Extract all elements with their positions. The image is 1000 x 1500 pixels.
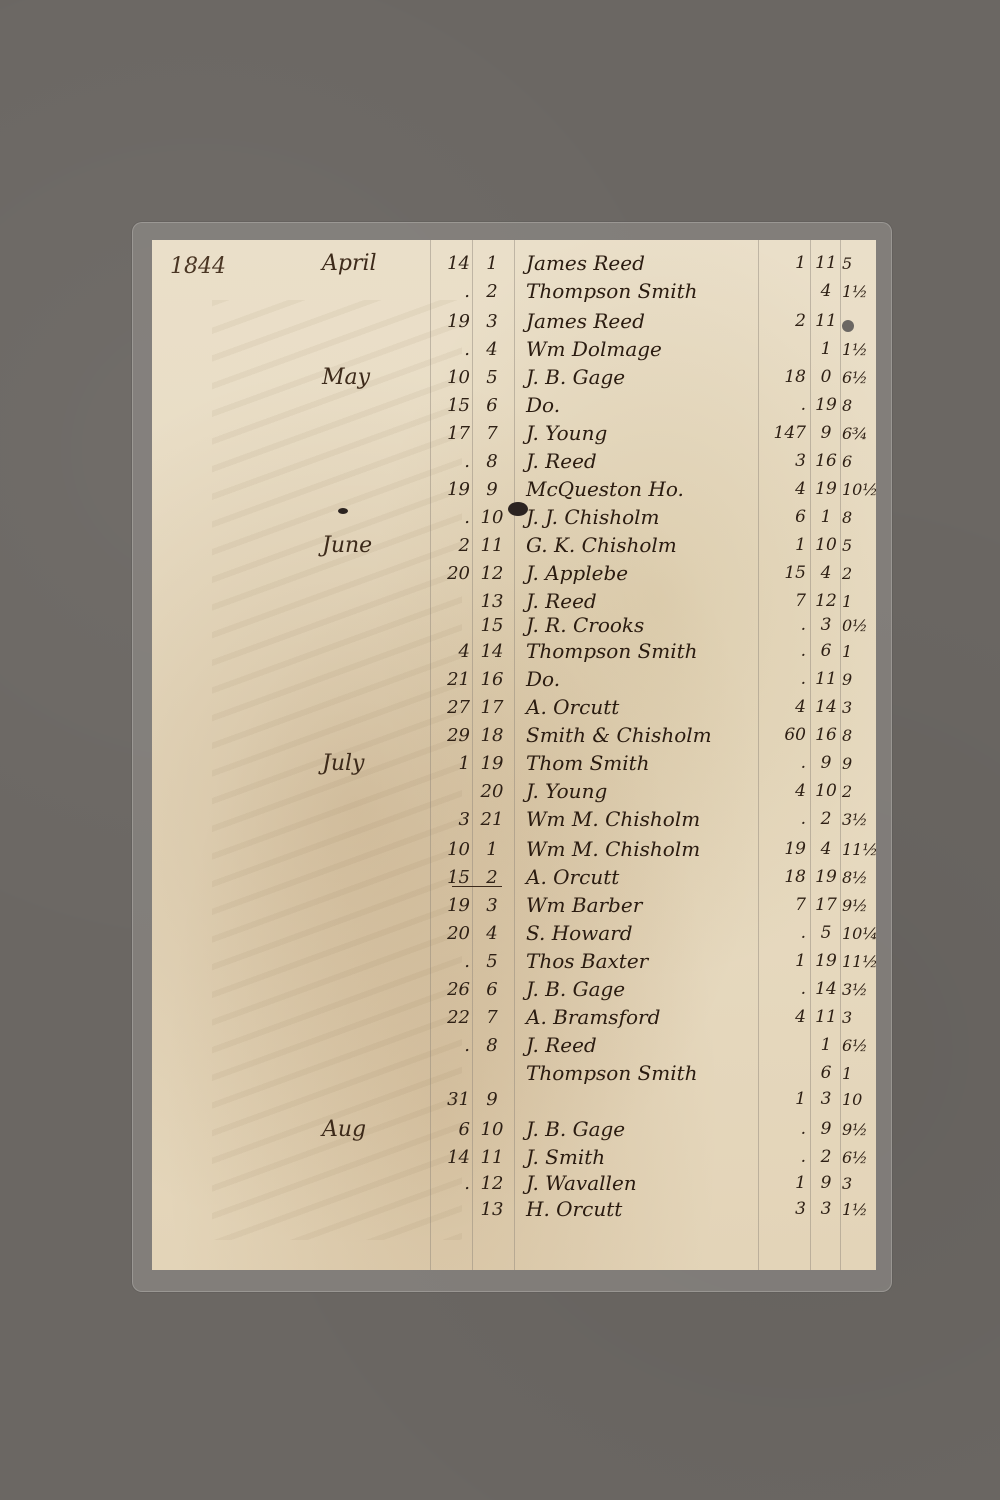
amount-pounds: 4 (760, 476, 806, 503)
account-name: Do. (526, 392, 560, 419)
amount-pounds: 1 (760, 948, 806, 975)
amount-shillings: 5 (812, 920, 840, 947)
amount-pounds: 18 (760, 864, 806, 891)
amount-pence: 3 (842, 1170, 874, 1197)
account-name: Thompson Smith (526, 638, 698, 665)
amount-pounds: . (760, 1116, 806, 1143)
entry-day: . (434, 1032, 470, 1059)
entry-day: 14 (434, 250, 470, 277)
amount-shillings: 4 (812, 836, 840, 863)
amount-pence: 11½ (842, 948, 874, 975)
entry-day: . (434, 504, 470, 531)
ledger-row: 156Do..198 (152, 392, 876, 419)
amount-pence: 3½ (842, 976, 874, 1003)
account-name: Wm Dolmage (526, 336, 662, 363)
amount-shillings: 4 (812, 560, 840, 587)
entry-day: 20 (434, 560, 470, 587)
amount-shillings: 1 (812, 504, 840, 531)
ledger-row: 227A. Bramsford4113 (152, 1004, 876, 1031)
entry-number: 4 (474, 920, 510, 947)
amount-pence: 1½ (842, 278, 874, 305)
account-name: Thompson Smith (526, 1060, 698, 1087)
amount-pounds: 3 (760, 1196, 806, 1223)
ledger-row: 13H. Orcutt331½ (152, 1196, 876, 1223)
amount-pounds: 18 (760, 364, 806, 391)
entry-day: 17 (434, 420, 470, 447)
account-name: Wm Barber (526, 892, 642, 919)
entry-number: 10 (474, 1116, 510, 1143)
account-name: Wm M. Chisholm (526, 806, 700, 833)
amount-pence: 6½ (842, 1032, 874, 1059)
ledger-row: 1411J. Smith.26½ (152, 1144, 876, 1171)
account-name: Smith & Chisholm (526, 722, 712, 749)
amount-shillings: 9 (812, 420, 840, 447)
amount-pounds: 60 (760, 722, 806, 749)
account-name: J. Smith (526, 1144, 605, 1171)
entry-number: 16 (474, 666, 510, 693)
entry-number: 18 (474, 722, 510, 749)
account-name: J. Reed (526, 1032, 597, 1059)
entry-number: 19 (474, 750, 510, 777)
entry-day: 3 (434, 806, 470, 833)
amount-pounds: 7 (760, 892, 806, 919)
entry-day: 31 (434, 1086, 470, 1113)
entry-day: 21 (434, 666, 470, 693)
entry-day: 19 (434, 308, 470, 335)
ledger-row: May105J. B. Gage1806½ (152, 364, 876, 391)
amount-pence: 6 (842, 448, 874, 475)
amount-pence: 8 (842, 722, 874, 749)
amount-pounds: . (760, 806, 806, 833)
account-name: J. Wavallen (526, 1170, 637, 1197)
entry-number: 13 (474, 588, 510, 615)
ledger-row: 101Wm M. Chisholm19411½ (152, 836, 876, 863)
amount-pence: 8½ (842, 864, 874, 891)
amount-pounds: . (760, 920, 806, 947)
entry-day: 29 (434, 722, 470, 749)
entry-number: 21 (474, 806, 510, 833)
ledger-row: 266J. B. Gage.143½ (152, 976, 876, 1003)
amount-shillings: 19 (812, 392, 840, 419)
amount-pence: 8 (842, 392, 874, 419)
account-name: Wm M. Chisholm (526, 836, 700, 863)
entry-number: 1 (474, 836, 510, 863)
entry-day: 19 (434, 892, 470, 919)
amount-shillings: 16 (812, 722, 840, 749)
account-name: J. B. Gage (526, 364, 625, 391)
entry-number: 11 (474, 532, 510, 559)
account-name: Thos Baxter (526, 948, 648, 975)
amount-shillings: 0 (812, 364, 840, 391)
amount-pounds: . (760, 612, 806, 639)
amount-pounds: . (760, 750, 806, 777)
entry-day: 20 (434, 920, 470, 947)
ledger-row: 193Wm Barber7179½ (152, 892, 876, 919)
amount-shillings: 19 (812, 476, 840, 503)
amount-shillings: 11 (812, 250, 840, 277)
amount-pence: 3 (842, 694, 874, 721)
amount-pence: 11½ (842, 836, 874, 863)
account-name: A. Bramsford (526, 1004, 660, 1031)
account-name: McQueston Ho. (526, 476, 684, 503)
entry-number: 8 (474, 1032, 510, 1059)
ledger-row: .4Wm Dolmage11½ (152, 336, 876, 363)
amount-pounds: . (760, 638, 806, 665)
entry-number: 3 (474, 892, 510, 919)
entry-day: 2 (434, 532, 470, 559)
entry-day: . (434, 278, 470, 305)
entry-number: 3 (474, 308, 510, 335)
account-name: James Reed (526, 308, 645, 335)
amount-pounds: 1 (760, 250, 806, 277)
amount-shillings: 6 (812, 1060, 840, 1087)
amount-pence: 9 (842, 666, 874, 693)
amount-shillings: 1 (812, 1032, 840, 1059)
entry-day: . (434, 1170, 470, 1197)
entry-number: 17 (474, 694, 510, 721)
entry-number: 2 (474, 278, 510, 305)
account-name: G. K. Chisholm (526, 532, 677, 559)
ledger-row: 193James Reed211 (152, 308, 876, 335)
amount-shillings: 3 (812, 612, 840, 639)
amount-pounds: 4 (760, 778, 806, 805)
ledger-row: 3191310 (152, 1086, 876, 1113)
amount-pounds: 7 (760, 588, 806, 615)
entry-day: 6 (434, 1116, 470, 1143)
ledger-row: 2012J. Applebe1542 (152, 560, 876, 587)
amount-pence: 9½ (842, 892, 874, 919)
ledger-row: 199McQueston Ho.41910½ (152, 476, 876, 503)
amount-pounds: 15 (760, 560, 806, 587)
ledger-row: 414Thompson Smith.61 (152, 638, 876, 665)
amount-shillings: 12 (812, 588, 840, 615)
amount-shillings: 1 (812, 336, 840, 363)
ledger-row: July119Thom Smith.99 (152, 750, 876, 777)
entry-number: 12 (474, 560, 510, 587)
entry-number: 9 (474, 1086, 510, 1113)
amount-pounds: 4 (760, 694, 806, 721)
amount-pounds: 2 (760, 308, 806, 335)
entry-day: 19 (434, 476, 470, 503)
account-name: Thompson Smith (526, 278, 698, 305)
ledger-row: .2Thompson Smith41½ (152, 278, 876, 305)
account-name: A. Orcutt (526, 694, 619, 721)
ledger-row: .10J. J. Chisholm618 (152, 504, 876, 531)
amount-shillings: 3 (812, 1086, 840, 1113)
amount-shillings: 10 (812, 532, 840, 559)
ledger-row: 177J. Young14796¾ (152, 420, 876, 447)
entry-number: 13 (474, 1196, 510, 1223)
entry-number: 6 (474, 976, 510, 1003)
ledger-row: 15J. R. Crooks.30½ (152, 612, 876, 639)
ledger-row: 204S. Howard.510¼ (152, 920, 876, 947)
account-name: Thom Smith (526, 750, 650, 777)
entry-day: . (434, 448, 470, 475)
amount-pounds: 3 (760, 448, 806, 475)
amount-pence: 9 (842, 750, 874, 777)
account-name: Do. (526, 666, 560, 693)
amount-pence: 5 (842, 250, 874, 277)
amount-pence: 9½ (842, 1116, 874, 1143)
amount-shillings: 4 (812, 278, 840, 305)
ledger-row: June211G. K. Chisholm1105 (152, 532, 876, 559)
account-name: H. Orcutt (526, 1196, 622, 1223)
amount-shillings: 2 (812, 1144, 840, 1171)
amount-pence: 5 (842, 532, 874, 559)
entry-number: 7 (474, 1004, 510, 1031)
entry-number: 10 (474, 504, 510, 531)
ledger-row: 2116Do..119 (152, 666, 876, 693)
ledger-row: .8J. Reed16½ (152, 1032, 876, 1059)
amount-pounds: 147 (760, 420, 806, 447)
amount-shillings: 11 (812, 1004, 840, 1031)
amount-pence: 2 (842, 560, 874, 587)
entry-day: 10 (434, 836, 470, 863)
ledger-month: July (322, 750, 364, 777)
account-name: J. B. Gage (526, 976, 625, 1003)
account-name: J. B. Gage (526, 1116, 625, 1143)
amount-pounds: 6 (760, 504, 806, 531)
amount-pence: 1 (842, 588, 874, 615)
account-name: J. Young (526, 420, 607, 447)
amount-pounds: 1 (760, 1170, 806, 1197)
amount-pence: 0½ (842, 612, 874, 639)
amount-pence: 8 (842, 504, 874, 531)
amount-shillings: 6 (812, 638, 840, 665)
entry-day: 14 (434, 1144, 470, 1171)
ledger-row: 13J. Reed7121 (152, 588, 876, 615)
entry-day: 26 (434, 976, 470, 1003)
account-name: S. Howard (526, 920, 633, 947)
entry-day: 10 (434, 364, 470, 391)
entry-day: 1 (434, 750, 470, 777)
ledger-row: .12J. Wavallen193 (152, 1170, 876, 1197)
entry-number: 6 (474, 392, 510, 419)
ledger-row: .5Thos Baxter11911½ (152, 948, 876, 975)
account-name: J. Young (526, 778, 607, 805)
amount-pence: 1 (842, 1060, 874, 1087)
amount-pounds: 1 (760, 532, 806, 559)
ledger-row: 2717A. Orcutt4143 (152, 694, 876, 721)
amount-pence: 1 (842, 638, 874, 665)
amount-pounds: 4 (760, 1004, 806, 1031)
entry-number: 15 (474, 612, 510, 639)
amount-shillings: 10 (812, 778, 840, 805)
amount-pounds: 1 (760, 1086, 806, 1113)
account-name: J. Applebe (526, 560, 628, 587)
amount-shillings: 19 (812, 864, 840, 891)
account-name: J. Reed (526, 448, 597, 475)
ledger-month: April (322, 250, 377, 277)
amount-pence: 10¼ (842, 920, 874, 947)
entry-number: 12 (474, 1170, 510, 1197)
ledger-month: June (322, 532, 372, 559)
entry-number: 9 (474, 476, 510, 503)
entry-day: . (434, 336, 470, 363)
amount-pence: 10½ (842, 476, 874, 503)
amount-pence: 1½ (842, 336, 874, 363)
account-name: J. Reed (526, 588, 597, 615)
account-name: A. Orcutt (526, 864, 619, 891)
amount-pounds: . (760, 392, 806, 419)
entry-number: 7 (474, 420, 510, 447)
ledger-row: 20J. Young4102 (152, 778, 876, 805)
ledger-row: 152A. Orcutt18198½ (152, 864, 876, 891)
account-name: J. J. Chisholm (526, 504, 660, 531)
entry-day: 15 (434, 392, 470, 419)
ledger-row: 2918Smith & Chisholm60168 (152, 722, 876, 749)
amount-shillings: 2 (812, 806, 840, 833)
amount-shillings: 19 (812, 948, 840, 975)
ledger-row: Thompson Smith61 (152, 1060, 876, 1087)
account-name: James Reed (526, 250, 645, 277)
ledger-row: Aug610J. B. Gage.99½ (152, 1116, 876, 1143)
amount-pence: 3 (842, 1004, 874, 1031)
entry-number: 8 (474, 448, 510, 475)
entry-number: 14 (474, 638, 510, 665)
ledger-row: April141James Reed1115 (152, 250, 876, 277)
subtotal-rule (452, 886, 502, 887)
amount-pounds: . (760, 976, 806, 1003)
amount-pence: 6¾ (842, 420, 874, 447)
amount-pence: 2 (842, 778, 874, 805)
entry-day: 22 (434, 1004, 470, 1031)
amount-shillings: 9 (812, 1116, 840, 1143)
amount-pence: 10 (842, 1086, 874, 1113)
entry-number: 1 (474, 250, 510, 277)
entry-day: 27 (434, 694, 470, 721)
entry-number: 20 (474, 778, 510, 805)
account-name: J. R. Crooks (526, 612, 644, 639)
entry-number: 4 (474, 336, 510, 363)
entry-number: 5 (474, 364, 510, 391)
amount-shillings: 17 (812, 892, 840, 919)
amount-shillings: 9 (812, 750, 840, 777)
entry-day: . (434, 948, 470, 975)
amount-shillings: 14 (812, 976, 840, 1003)
amount-shillings: 14 (812, 694, 840, 721)
entry-day: 4 (434, 638, 470, 665)
ledger-row: .8J. Reed3166 (152, 448, 876, 475)
amount-shillings: 11 (812, 308, 840, 335)
ledger-month: Aug (322, 1116, 366, 1143)
entry-number: 5 (474, 948, 510, 975)
amount-pounds: 19 (760, 836, 806, 863)
amount-shillings: 11 (812, 666, 840, 693)
ledger-row: 321Wm M. Chisholm.23½ (152, 806, 876, 833)
amount-pence: 3½ (842, 806, 874, 833)
amount-shillings: 16 (812, 448, 840, 475)
amount-pence: 6½ (842, 1144, 874, 1171)
amount-shillings: 3 (812, 1196, 840, 1223)
ledger-page: 1844 April141James Reed1115.2Thompson Sm… (152, 240, 876, 1270)
amount-pence: 1½ (842, 1196, 874, 1223)
entry-number: 11 (474, 1144, 510, 1171)
amount-pence: 6½ (842, 364, 874, 391)
amount-shillings: 9 (812, 1170, 840, 1197)
amount-pounds: . (760, 666, 806, 693)
ledger-month: May (322, 364, 370, 391)
amount-pounds: . (760, 1144, 806, 1171)
